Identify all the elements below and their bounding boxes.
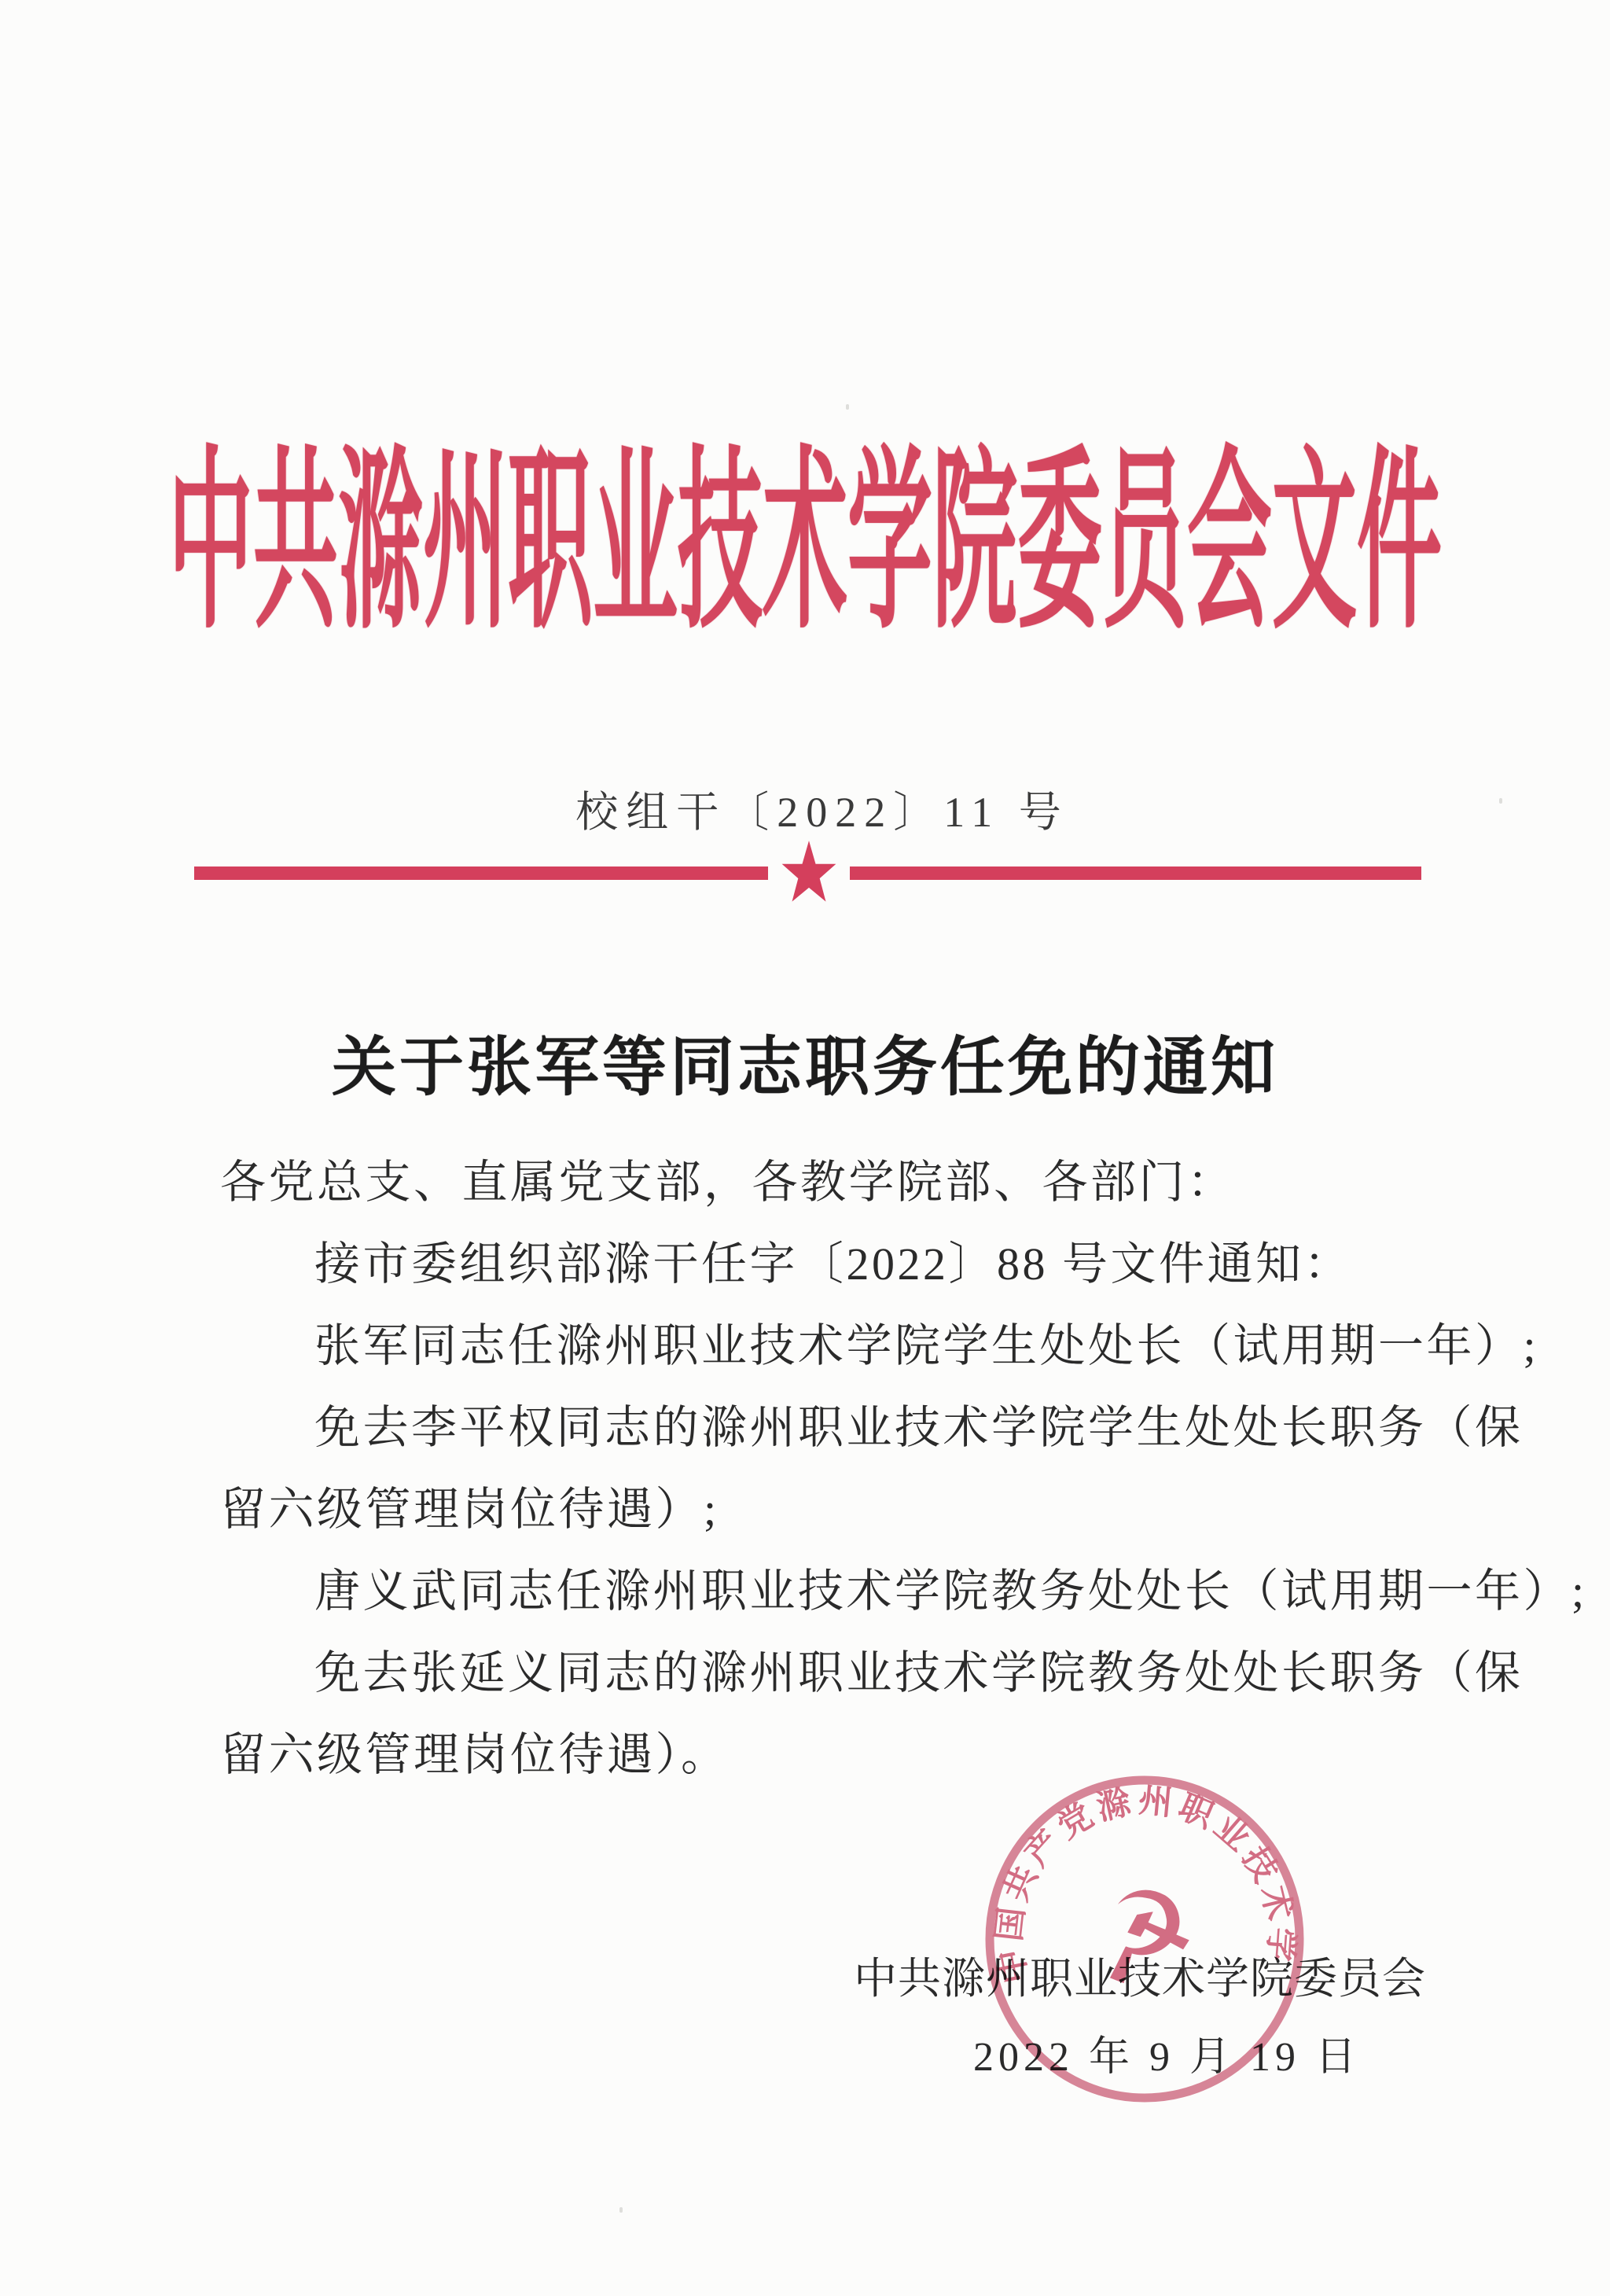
- notice-title: 关于张军等同志职务任免的通知: [0, 1016, 1610, 1108]
- body-line: 唐义武同志任滁州职业技术学院教务处处长（试用期一年）;: [220, 1551, 1446, 1632]
- body-line: 留六级管理岗位待遇）;: [220, 1469, 1446, 1551]
- scan-speck: [846, 404, 849, 410]
- red-star-icon: [776, 840, 842, 909]
- official-seal: 中国共产党滁州职业技术学院委员会 ☭: [981, 1771, 1311, 2107]
- body-line: 免去张延义同志的滁州职业技术学院教务处处长职务（保: [220, 1632, 1446, 1714]
- body-line: 免去李平权同志的滁州职业技术学院学生处处长职务（保: [220, 1387, 1446, 1469]
- scan-speck: [333, 1247, 336, 1253]
- scanned-official-document: { "document": { "masthead": "中共滁州职业技术学院委…: [0, 0, 1610, 2296]
- document-number: 校组干〔2022〕11 号: [17, 789, 1610, 836]
- scan-speck: [1499, 798, 1502, 804]
- body-line: 张军同志任滁州职业技术学院学生处处长（试用期一年）;: [220, 1305, 1446, 1387]
- scan-speck: [619, 2207, 623, 2213]
- red-rule-right: [850, 867, 1421, 880]
- body-line: 各党总支、直属党支部，各教学院部、各部门：: [220, 1142, 1446, 1223]
- red-rule-left: [194, 867, 768, 880]
- hammer-sickle-icon: ☭: [1076, 1857, 1212, 2015]
- body-line: 接市委组织部滁干任字〔2022〕88 号文件通知：: [220, 1223, 1446, 1305]
- body-text: 各党总支、直属党支部，各教学院部、各部门： 接市委组织部滁干任字〔2022〕88…: [220, 1142, 1446, 1796]
